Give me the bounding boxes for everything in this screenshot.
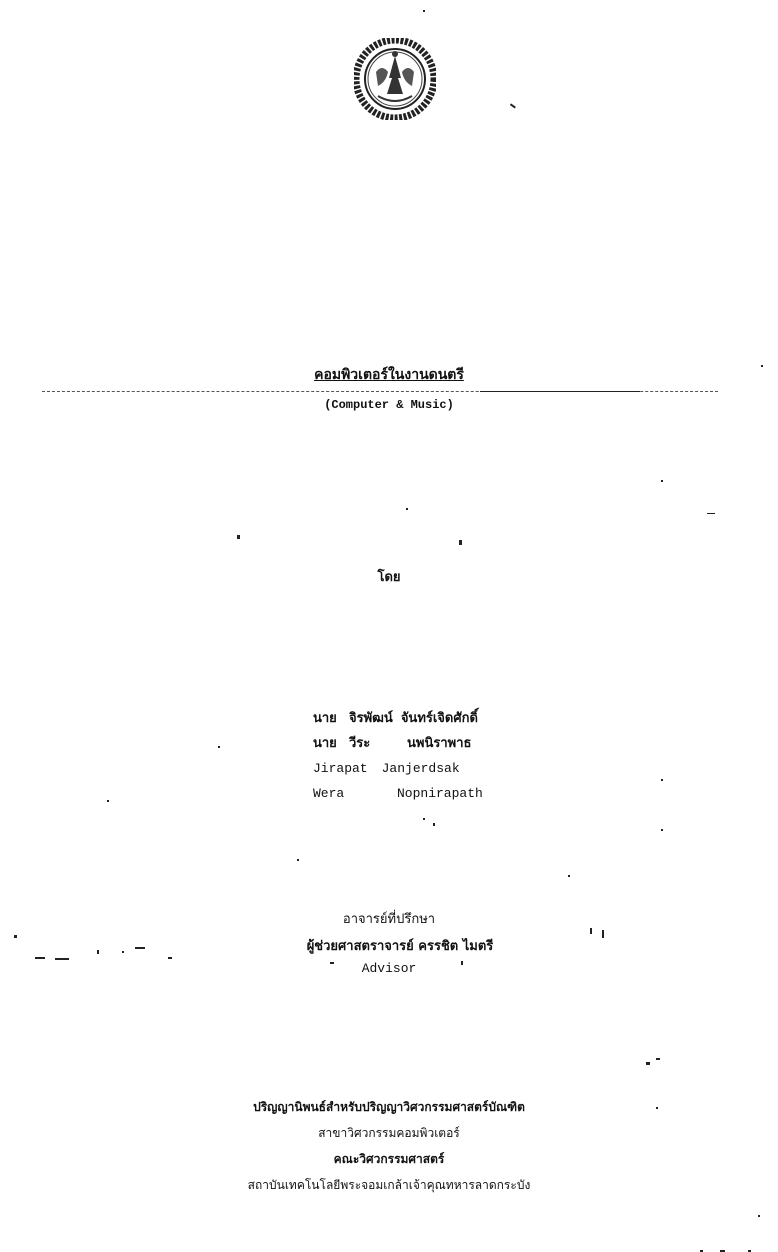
author-thai: นาย จิรพัฒน์ จันทร์เจิดศักดิ์ (313, 706, 483, 731)
author-first-name: จิรพัฒน์ (349, 706, 393, 731)
author-english: Wera Nopnirapath (313, 781, 483, 806)
advisor-label: อาจารย์ที่ปรึกษา (0, 908, 778, 929)
author-first-name: วีระ (349, 731, 393, 756)
title-divider-solid (480, 391, 640, 392)
by-label: โดย (0, 566, 778, 587)
author-last-name: Janjerdsak (382, 756, 460, 781)
advisor-name: ผู้ช่วยศาสตราจารย์ ครรชิต ไมตรี (230, 935, 570, 956)
authors-block: นาย จิรพัฒน์ จันทร์เจิดศักดิ์ นาย วีระ น… (313, 706, 483, 806)
author-last-name: นพนิราพาธ (407, 731, 471, 756)
author-first-name: Jirapat (313, 756, 368, 781)
faculty-line: คณะวิศวกรรมศาสตร์ (0, 1150, 778, 1169)
thesis-title-thai: คอมพิวเตอร์ในงานดนตรี (0, 364, 778, 386)
thesis-title-english: (Computer & Music) (0, 398, 778, 412)
university-seal-icon (354, 38, 436, 120)
department-line: สาขาวิศวกรรมคอมพิวเตอร์ (0, 1124, 778, 1143)
institute-line: สถาบันเทคโนโลยีพระจอมเกล้าเจ้าคุณทหารลาด… (0, 1176, 778, 1195)
degree-line: ปริญญานิพนธ์สำหรับปริญญาวิศวกรรมศาสตร์บั… (0, 1098, 778, 1117)
author-last-name: จันทร์เจิดศักดิ์ (401, 706, 478, 731)
author-prefix: นาย (313, 731, 349, 756)
author-thai: นาย วีระ นพนิราพาธ (313, 731, 483, 756)
author-first-name: Wera (313, 781, 383, 806)
author-english: Jirapat Janjerdsak (313, 756, 483, 781)
author-prefix: นาย (313, 706, 349, 731)
advisor-role: Advisor (0, 961, 778, 976)
author-last-name: Nopnirapath (397, 781, 483, 806)
